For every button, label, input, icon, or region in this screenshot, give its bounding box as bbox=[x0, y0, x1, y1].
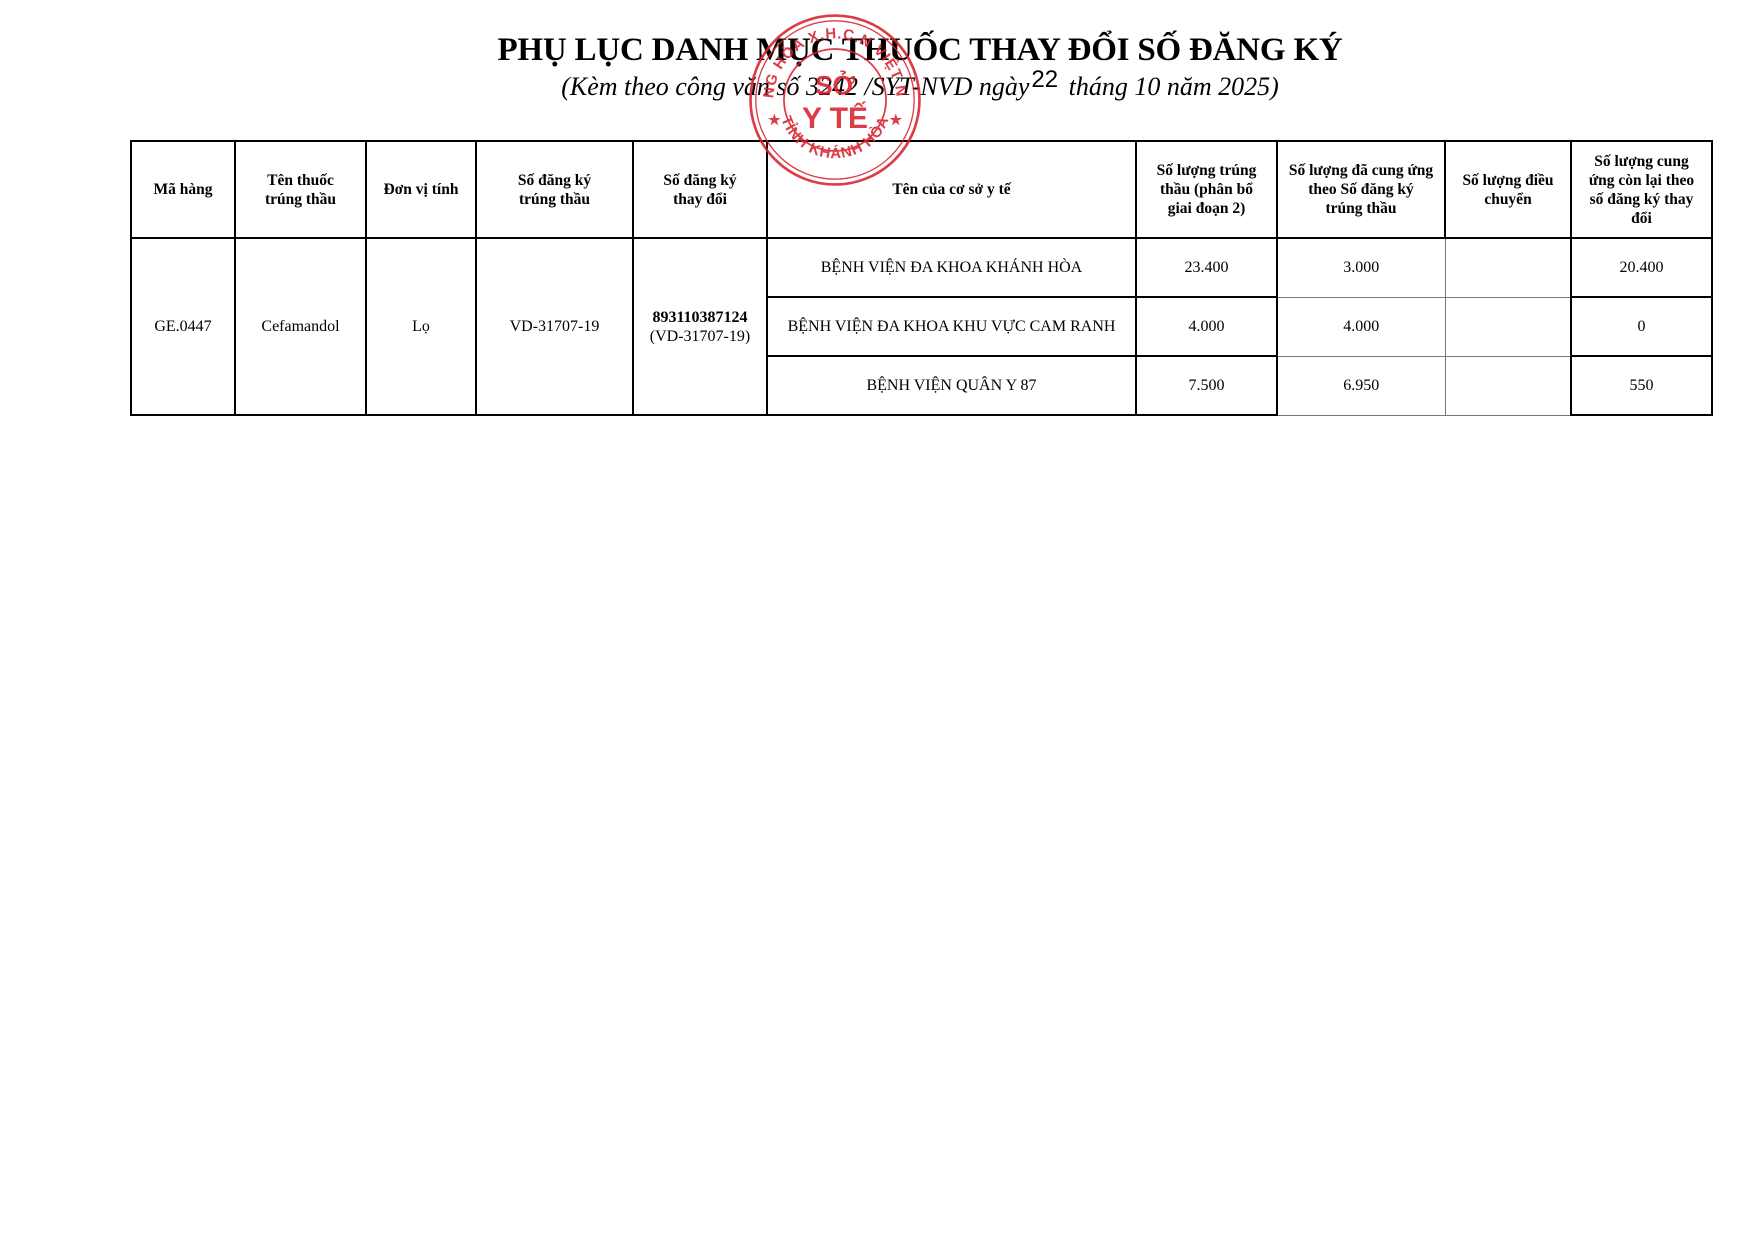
cell-sl-dieu-chuyen bbox=[1445, 238, 1571, 297]
cell-co-so-y-te: BỆNH VIỆN ĐA KHOA KHÁNH HÒA bbox=[767, 238, 1136, 297]
cell-sl-dieu-chuyen bbox=[1445, 356, 1571, 415]
cell-co-so-y-te: BỆNH VIỆN QUÂN Y 87 bbox=[767, 356, 1136, 415]
cell-sdk-trung-thau: VD-31707-19 bbox=[476, 238, 633, 415]
cell-sl-dieu-chuyen bbox=[1445, 297, 1571, 356]
header-sl-trung-thau: Số lượng trúng thầu (phân bổ giai đoạn 2… bbox=[1136, 141, 1277, 238]
header-ma-hang: Mã hàng bbox=[131, 141, 235, 238]
subtitle-suffix: tháng 10 năm 2025) bbox=[1062, 72, 1279, 101]
document-subtitle: (Kèm theo công văn số 3242 /SYT-NVD ngày… bbox=[0, 70, 1755, 105]
table-header-row: Mã hàng Tên thuốc trúng thầu Đơn vị tính… bbox=[131, 141, 1712, 238]
cell-ten-thuoc: Cefamandol bbox=[235, 238, 366, 415]
subtitle-day: 22 bbox=[1031, 66, 1058, 93]
header-ten-thuoc: Tên thuốc trúng thầu bbox=[235, 141, 366, 238]
cell-co-so-y-te: BỆNH VIỆN ĐA KHOA KHU VỰC CAM RANH bbox=[767, 297, 1136, 356]
header-sdk-trung-thau: Số đăng ký trúng thầu bbox=[476, 141, 633, 238]
header-co-so-y-te: Tên của cơ sở y tế bbox=[767, 141, 1136, 238]
cell-sl-da-cung-ung: 4.000 bbox=[1277, 297, 1445, 356]
cell-ma-hang: GE.0447 bbox=[131, 238, 235, 415]
header-sdk-thay-doi: Số đăng ký thay đổi bbox=[633, 141, 767, 238]
header-sl-da-cung-ung: Số lượng đã cung ứng theo Số đăng ký trú… bbox=[1277, 141, 1445, 238]
cell-don-vi-tinh: Lọ bbox=[366, 238, 476, 415]
cell-sl-trung-thau: 7.500 bbox=[1136, 356, 1277, 415]
cell-sl-trung-thau: 4.000 bbox=[1136, 297, 1277, 356]
sdk-thay-doi-note: (VD-31707-19) bbox=[638, 327, 762, 346]
document-title: PHỤ LỤC DANH MỤC THUỐC THAY ĐỔI SỐ ĐĂNG … bbox=[0, 30, 1755, 70]
subtitle-prefix: (Kèm theo công văn số 3242 /SYT-NVD ngày bbox=[561, 72, 1029, 101]
cell-sl-da-cung-ung: 6.950 bbox=[1277, 356, 1445, 415]
stamp-line2: Y TẾ bbox=[802, 101, 868, 135]
header-sl-dieu-chuyen: Số lượng điều chuyển bbox=[1445, 141, 1571, 238]
stamp-star-right-icon: ★ bbox=[890, 112, 903, 128]
cell-sl-con-lai: 20.400 bbox=[1571, 238, 1712, 297]
header-don-vi-tinh: Đơn vị tính bbox=[366, 141, 476, 238]
cell-sl-trung-thau: 23.400 bbox=[1136, 238, 1277, 297]
sdk-thay-doi-number: 893110387124 bbox=[638, 308, 762, 327]
cell-sdk-thay-doi: 893110387124 (VD-31707-19) bbox=[633, 238, 767, 415]
header-sl-con-lai: Số lượng cung ứng còn lại theo số đăng k… bbox=[1571, 141, 1712, 238]
cell-sl-con-lai: 0 bbox=[1571, 297, 1712, 356]
stamp-star-left-icon: ★ bbox=[768, 112, 781, 128]
cell-sl-con-lai: 550 bbox=[1571, 356, 1712, 415]
cell-sl-da-cung-ung: 3.000 bbox=[1277, 238, 1445, 297]
drug-registration-change-table: Mã hàng Tên thuốc trúng thầu Đơn vị tính… bbox=[130, 140, 1713, 416]
table-row: GE.0447 Cefamandol Lọ VD-31707-19 893110… bbox=[131, 238, 1712, 297]
